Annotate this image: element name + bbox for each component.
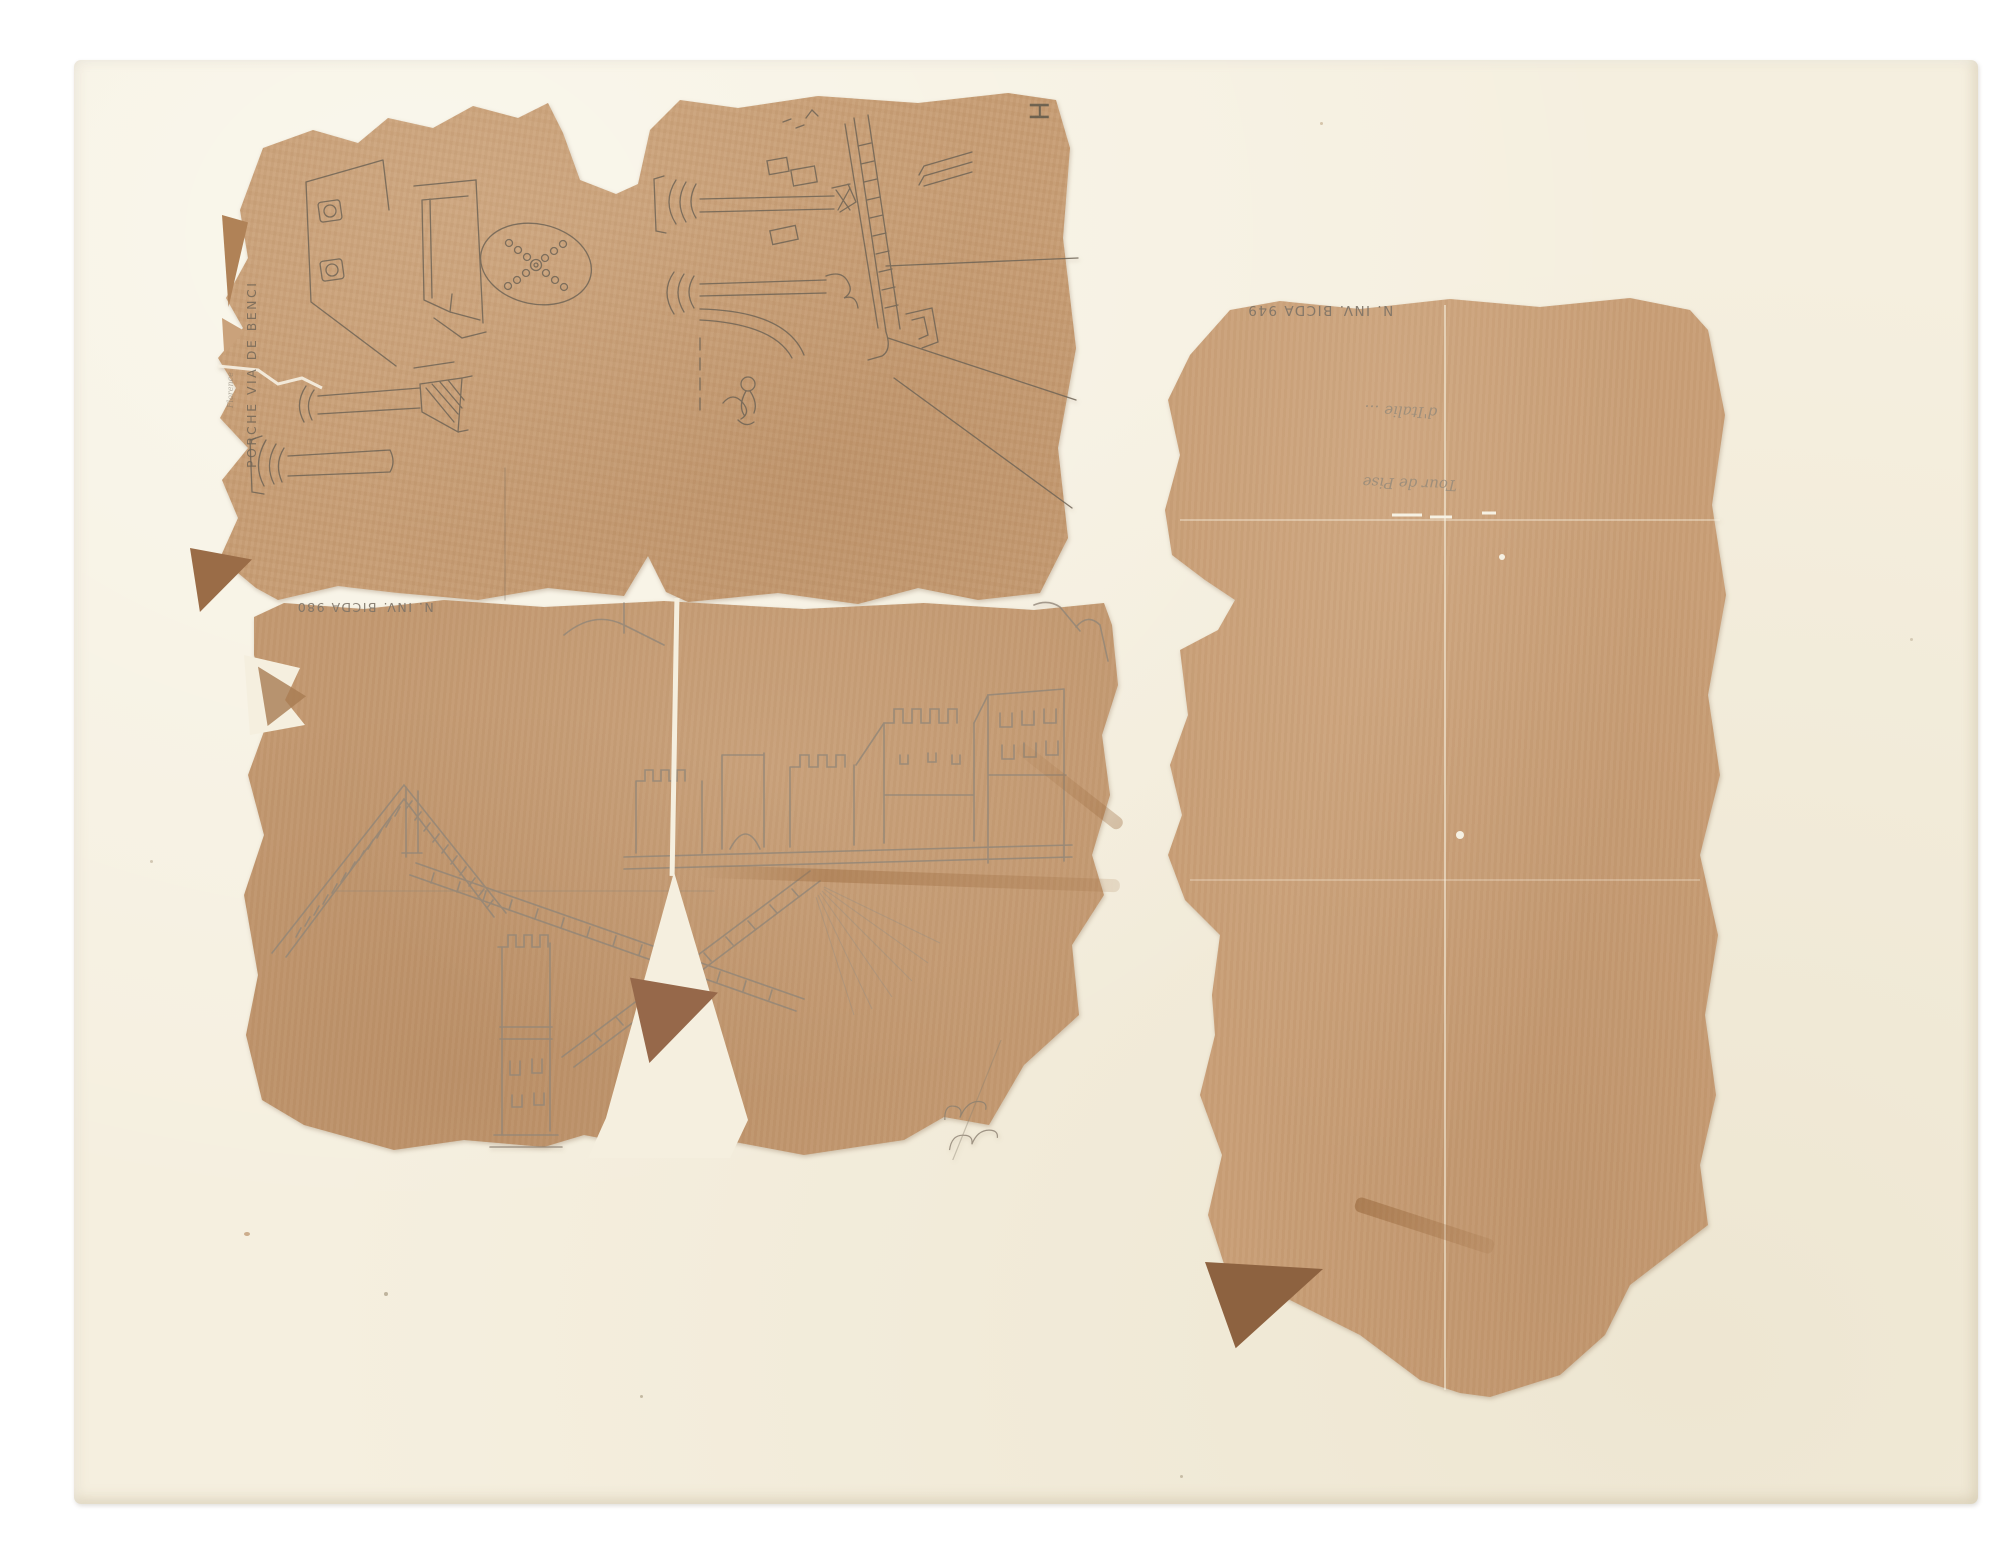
handwritten-note-line2: d'Italie …: [1261, 395, 1438, 425]
inscription-porche-via-de-benci: PORCHE VIA DE BENCI: [244, 278, 259, 468]
dust-speck: [150, 860, 153, 863]
dust-speck: [1910, 638, 1913, 641]
corner-mark-h: H: [1023, 101, 1053, 121]
inscription-florence: Florence: [226, 338, 235, 408]
dust-speck: [384, 1292, 388, 1296]
inventory-number-rooftops: N. INV. BICDA 980: [294, 600, 436, 615]
dust-speck: [1180, 1475, 1183, 1478]
inventory-number-tower: N. INV. BICDA 949: [1236, 302, 1404, 318]
dust-speck: [1320, 122, 1323, 125]
scanned-sheet: PORCHE VIA DE BENCI Florence H N. INV. B…: [0, 0, 2000, 1543]
illegible-handwriting: [901, 1040, 1047, 1160]
tear-crack: [1392, 513, 1505, 839]
handwritten-note-line1: Tour de Pise: [1258, 467, 1457, 498]
porch-sketch-drawing: [218, 88, 1080, 605]
handwritten-note: Tour de Pise d'Italie …: [1257, 347, 1462, 546]
fragment-porch-study: [218, 88, 1080, 605]
dust-speck: [640, 1395, 643, 1398]
paper-crumb: [244, 1232, 250, 1236]
